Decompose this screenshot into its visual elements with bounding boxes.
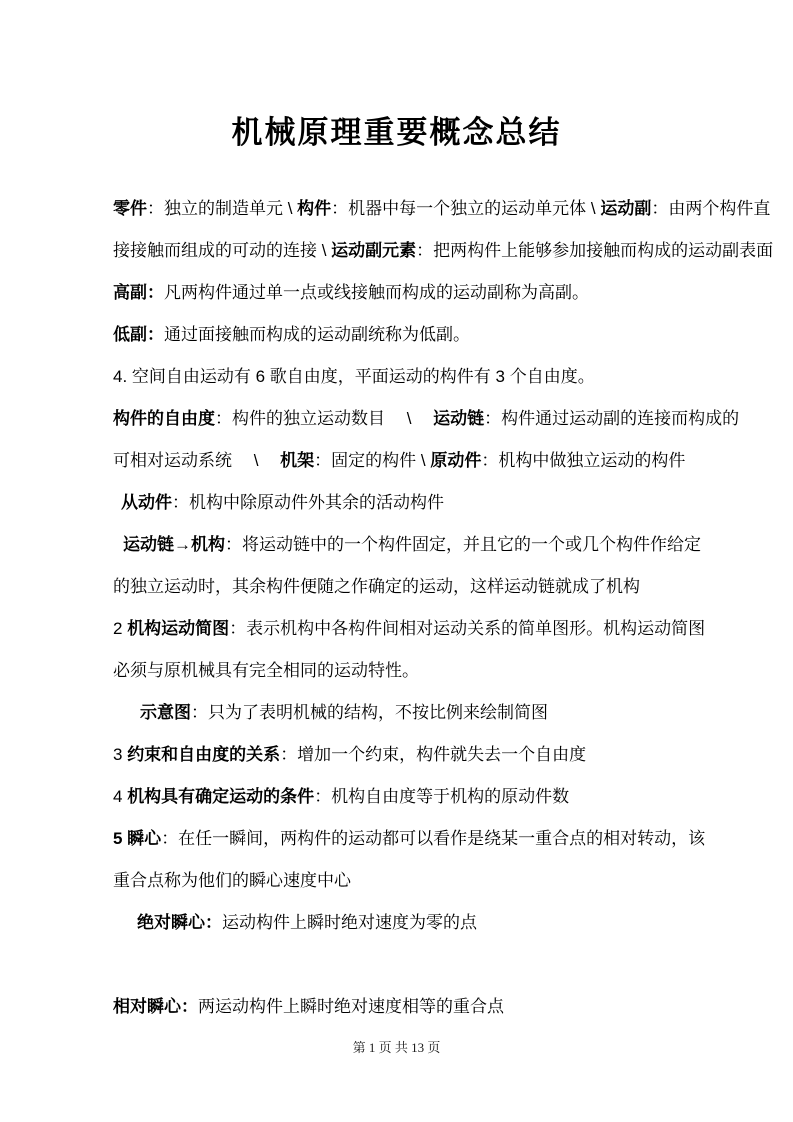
text-run: 可相对运动系统 \: [113, 451, 280, 470]
text-run: ：由两个构件直: [651, 199, 770, 218]
text-run: ：把两构件上能够参加接触而构成的运动副表面: [416, 241, 773, 260]
term-label: 运动链: [433, 409, 484, 428]
term-label: 机构运动简图: [127, 619, 229, 638]
page-title: 机械原理重要概念总结: [0, 107, 793, 152]
text-run: 运动构件上瞬时绝对速度为零的点: [222, 913, 477, 932]
text-run: ：机构中做独立运动的构件: [481, 451, 685, 470]
text-line: 示意图：只为了表明机械的结构，不按比例来绘制简图: [113, 692, 685, 734]
text-run: 4: [113, 787, 127, 806]
term-label: 原动件: [430, 451, 481, 470]
text-line: 必须与原机械具有完全相同的运动特性。: [113, 650, 685, 692]
text-line: 的独立运动时，其余构件便随之作确定的运动，这样运动链就成了机构: [113, 566, 685, 608]
text-line: 构件的自由度：构件的独立运动数目 \ 运动链：构件通过运动副的连接而构成的: [113, 398, 685, 440]
text-run: 凡两构件通过单一点或线接触而构成的运动副称为高副。: [164, 283, 589, 302]
text-line: 4. 空间自由运动有 6 歌自由度，平面运动的构件有 3 个自由度。: [113, 356, 685, 398]
text-run: 通过面接触而构成的运动副统称为低副。: [164, 325, 470, 344]
text-run: 必须与原机械具有完全相同的运动特性。: [113, 661, 419, 680]
page-footer: 第 1 页 共 13 页: [0, 1038, 793, 1058]
text-line: 运动链→机构：将运动链中的一个构件固定，并且它的一个或几个构件作给定: [113, 524, 685, 566]
term-label: 运动链→机构: [123, 535, 225, 554]
term-label: 示意图: [140, 703, 191, 722]
text-line: 4 机构具有确定运动的条件：机构自由度等于机构的原动件数: [113, 776, 685, 818]
text-run: ：在任一瞬间，两构件的运动都可以看作是绕某一重合点的相对转动，该: [161, 829, 705, 848]
text-run: ：增加一个约束，构件就失去一个自由度: [280, 745, 586, 764]
term-label: 低副：: [113, 325, 164, 344]
document-page: 机械原理重要概念总结 零件：独立的制造单元 \ 构件：机器中每一个独立的运动单元…: [0, 0, 793, 1122]
term-label: 构件的自由度: [113, 409, 215, 428]
term-label: 机架: [280, 451, 314, 470]
text-line: 绝对瞬心：运动构件上瞬时绝对速度为零的点: [113, 902, 685, 944]
term-label: 机构具有确定运动的条件: [127, 787, 314, 806]
text-line: 低副：通过面接触而构成的运动副统称为低副。: [113, 314, 685, 356]
text-run: ：机器中每一个独立的运动单元体 \: [331, 199, 600, 218]
text-run: 接接触而组成的可动的连接 \: [113, 241, 331, 260]
text-run: ：独立的制造单元 \: [147, 199, 297, 218]
text-run: ：只为了表明机械的结构，不按比例来绘制简图: [191, 703, 548, 722]
text-run: ：构件通过运动副的连接而构成的: [484, 409, 739, 428]
text-line: 5 瞬心：在任一瞬间，两构件的运动都可以看作是绕某一重合点的相对转动，该: [113, 818, 685, 860]
document-body: 零件：独立的制造单元 \ 构件：机器中每一个独立的运动单元体 \ 运动副：由两个…: [113, 188, 685, 1028]
text-line: 3 约束和自由度的关系：增加一个约束，构件就失去一个自由度: [113, 734, 685, 776]
text-line: 可相对运动系统 \ 机架：固定的构件 \ 原动件：机构中做独立运动的构件: [113, 440, 685, 482]
text-line: [113, 944, 685, 986]
term-label: 相对瞬心：: [113, 997, 198, 1016]
text-run: 2: [113, 619, 127, 638]
term-label: 高副：: [113, 283, 164, 302]
term-label: 绝对瞬心：: [137, 913, 222, 932]
term-label: 运动副: [600, 199, 651, 218]
text-run: 两运动构件上瞬时绝对速度相等的重合点: [198, 997, 504, 1016]
text-line: 零件：独立的制造单元 \ 构件：机器中每一个独立的运动单元体 \ 运动副：由两个…: [113, 188, 685, 230]
text-line: 重合点称为他们的瞬心速度中心: [113, 860, 685, 902]
text-run: ：构件的独立运动数目 \: [215, 409, 433, 428]
text-run: 重合点称为他们的瞬心速度中心: [113, 871, 351, 890]
term-label: 运动副元素: [331, 241, 416, 260]
text-run: ：将运动链中的一个构件固定，并且它的一个或几个构件作给定: [225, 535, 701, 554]
term-label: 约束和自由度的关系: [127, 745, 280, 764]
text-line: 相对瞬心：两运动构件上瞬时绝对速度相等的重合点: [113, 986, 685, 1028]
term-label: 零件: [113, 199, 147, 218]
term-label: 从动件: [121, 493, 172, 512]
text-line: 接接触而组成的可动的连接 \ 运动副元素：把两构件上能够参加接触而构成的运动副表…: [113, 230, 685, 272]
text-run: 3: [113, 745, 127, 764]
text-run: 4. 空间自由运动有 6 歌自由度，平面运动的构件有 3 个自由度。: [113, 367, 595, 386]
text-run: ：机构中除原动件外其余的活动构件: [172, 493, 444, 512]
text-run: ：表示机构中各构件间相对运动关系的简单图形。机构运动简图: [229, 619, 705, 638]
text-run: ：固定的构件 \: [314, 451, 430, 470]
term-label: 构件: [297, 199, 331, 218]
text-line: 从动件：机构中除原动件外其余的活动构件: [113, 482, 685, 524]
text-run: ：机构自由度等于机构的原动件数: [314, 787, 569, 806]
text-run: 的独立运动时，其余构件便随之作确定的运动，这样运动链就成了机构: [113, 577, 640, 596]
text-line: 2 机构运动简图：表示机构中各构件间相对运动关系的简单图形。机构运动简图: [113, 608, 685, 650]
text-line: 高副：凡两构件通过单一点或线接触而构成的运动副称为高副。: [113, 272, 685, 314]
term-label: 5 瞬心: [113, 829, 161, 848]
